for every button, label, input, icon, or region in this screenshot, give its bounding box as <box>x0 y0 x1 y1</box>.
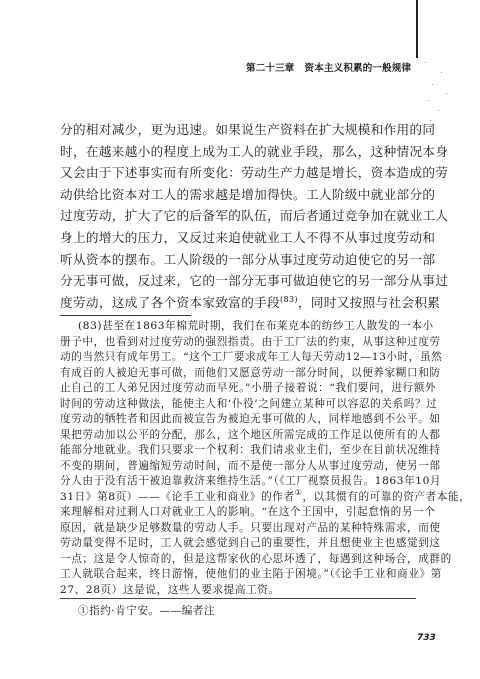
footnote-line: 一点；这是令人惊奇的，但是这帮家伙的心思坏透了，每遇到这种场合，成群的 <box>60 552 420 568</box>
footnote-line: 动的当然只有成年男工。“这个工厂要求成年工人每天劳动12—13小时，虽然 <box>60 350 420 366</box>
running-head: 第二十三章资本主义积累的一般规律 <box>246 60 416 74</box>
scan-speckle <box>425 62 426 63</box>
footnote-line: 原因，就是缺少足够数量的劳动人手。只要出现对产品的某种特殊需求，而使 <box>60 521 420 537</box>
body-text-fragment: ，同时又按照与社会积累 <box>298 295 440 310</box>
footnote-text-fragment: 31日》第8页）——《论手工业和商业》的作者 <box>60 491 295 503</box>
footnote-line: 果把劳动加以公平的分配，那么，这个地区所需完成的工作足以使所有的人都 <box>60 428 420 444</box>
body-line: 听从资本的摆布。工人阶级的一部分从事过度劳动迫使它的另一部 <box>60 249 420 271</box>
body-line: 过度劳动，扩大了它的后备军的队伍，而后者通过竞争加在就业工人 <box>60 205 420 227</box>
footnote-line: (83)甚至在1863年棉荒时期，我们在布莱克本的纺纱工人散发的一本小 <box>60 319 420 335</box>
footnote-line: 分人由于没有活干被迫靠救济来维持生活。”（《工厂视察员报告。1863年10月 <box>60 474 420 490</box>
scan-speckle <box>432 84 433 85</box>
page-number: 733 <box>417 633 436 643</box>
book-page: 第二十三章资本主义积累的一般规律 分的相对减少，更为迅速。如果说生产资料在扩大规… <box>0 0 480 679</box>
scan-speckle <box>446 93 447 94</box>
editor-note: ①指约·肯宁安。——编者注 <box>78 603 215 618</box>
body-text-fragment: 度劳动，这成了各个资本家致富的手段 <box>60 295 280 310</box>
body-line: 动供给比资本对工人的需求越是增加得快。工人阶级中就业部分的 <box>60 184 420 206</box>
footnote-line: 能部分地就业。我们只要求一个权利：我们请求业主们，至少在目前状况维持 <box>60 443 420 459</box>
footnote-separator <box>60 315 191 316</box>
footnote-text-fragment: ，以其惯有的可靠的资产者本能， <box>302 491 470 503</box>
footnote-line: 止自己的工人弟兄因过度劳动而早死。”小册子接着说：“我们要问，进行额外 <box>60 381 420 397</box>
body-line: 时，在越来越小的程度上成为工人的就业手段，那么，这种情况本身 <box>60 141 420 163</box>
chapter-number: 第二十三章 <box>246 63 295 74</box>
scan-speckle <box>428 100 429 101</box>
scan-speckle <box>441 72 442 73</box>
footnote-83: (83)甚至在1863年棉荒时期，我们在布莱克本的纺纱工人散发的一本小 册子中，… <box>60 319 420 598</box>
footnote-line: 工人就联合起来，终日游惰，使他们的业主陷于困境。”（《论手工业和商业》第 <box>60 567 420 583</box>
footnote-reference[interactable]: (83) <box>280 295 298 304</box>
body-paragraph: 分的相对减少，更为迅速。如果说生产资料在扩大规模和作用的同 时，在越来越小的程度… <box>60 119 420 313</box>
footnote-line: 册子中，也看到对过度劳动的强烈指责。由于工厂法的约束，从事这种过度劳 <box>60 335 420 351</box>
footnote-line: 27、28页）这是说，这些人要求提高工资。 <box>60 583 420 599</box>
footnote-line: 时间的劳动这种做法，能使主人和‘仆役’之间建立某种可以容忍的关系吗？过 <box>60 397 420 413</box>
chapter-title: 资本主义积累的一般规律 <box>305 63 412 74</box>
footnote-line: 有成百的人被迫无事可做，而他们又愿意劳动一部分时间，以便养家糊口和防 <box>60 366 420 382</box>
body-line: 分无事可做，反过来，它的一部分无事可做迫使它的另一部分从事过 <box>60 270 420 292</box>
scan-speckle <box>438 110 439 111</box>
body-line: 身上的增大的压力，又反过来迫使就业工人不得不从事过度劳动和 <box>60 227 420 249</box>
footnote-line: 31日》第8页）——《论手工业和商业》的作者①，以其惯有的可靠的资产者本能， <box>60 490 420 506</box>
editor-note-separator <box>60 598 416 599</box>
footnote-line: 来理解相对过剩人口对就业工人的影响。“在这个王国中，引起怠惰的另一个 <box>60 505 420 521</box>
footnote-line: 度劳动的牺牲者和因此而被宣告为被迫无事可做的人，同样地感到不公平。如 <box>60 412 420 428</box>
footnote-line: 不变的期间，普遍缩短劳动时间，而不是使一部分人从事过度劳动，使另一部 <box>60 459 420 475</box>
body-line: 又会由于下述事实而有所变化：劳动生产力越是增长，资本造成的劳 <box>60 162 420 184</box>
scan-speckle <box>430 120 431 121</box>
body-line: 分的相对减少，更为迅速。如果说生产资料在扩大规模和作用的同 <box>60 119 420 141</box>
body-line: 度劳动，这成了各个资本家致富的手段(83)，同时又按照与社会积累 <box>60 292 420 314</box>
footnote-line: 劳动量变得不足时，工人就会感觉到自己的重要性，并且想使业主也感觉到这 <box>60 536 420 552</box>
page-edge-rule <box>416 0 418 58</box>
